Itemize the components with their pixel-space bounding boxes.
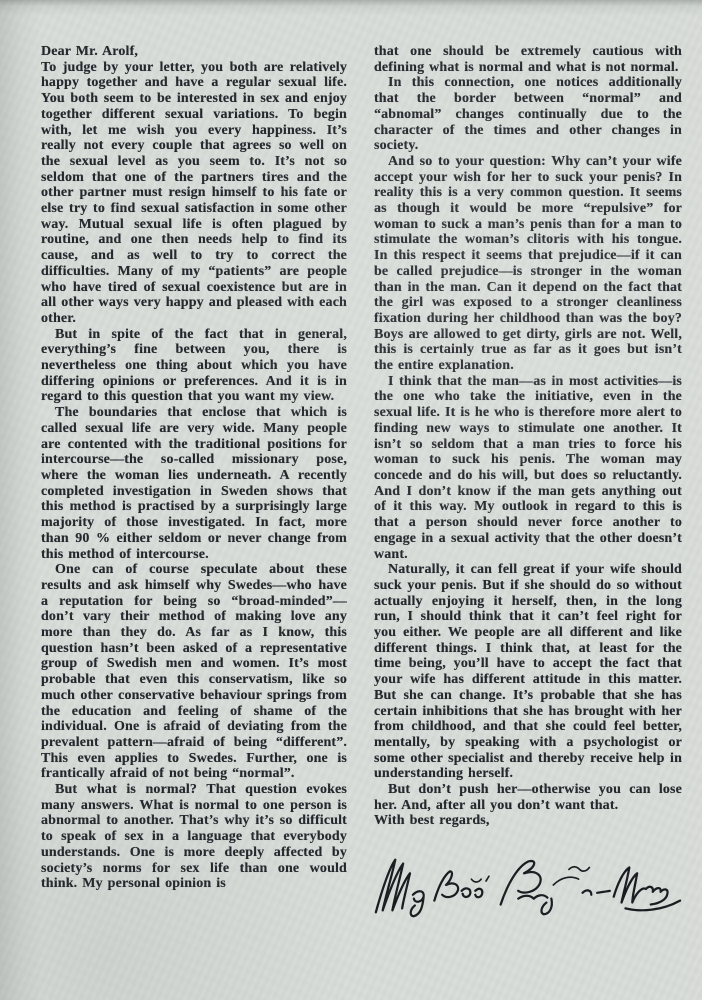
paragraph: The boundaries that enclose that which i… xyxy=(41,405,347,562)
paragraph: And so to your question: Why can’t your … xyxy=(374,154,682,374)
paragraph: One can of course speculate about these … xyxy=(41,562,347,782)
handwritten-signature-icon xyxy=(374,851,682,919)
left-column-paragraphs: To judge by your letter, you both are re… xyxy=(41,60,347,892)
signature xyxy=(374,851,682,919)
salutation: Dear Mr. Arolf, xyxy=(41,44,347,60)
left-column: Dear Mr. Arolf, To judge by your letter,… xyxy=(41,44,347,998)
right-column-paragraphs: that one should be extremely cautious wi… xyxy=(374,44,682,829)
paragraph: that one should be extremely cautious wi… xyxy=(374,44,682,75)
paragraph: But in spite of the fact that in general… xyxy=(41,327,347,406)
paragraph: To judge by your letter, you both are re… xyxy=(41,60,347,327)
paragraph: But don’t push her—otherwise you can los… xyxy=(374,782,682,813)
scanned-letter-page: Dear Mr. Arolf, To judge by your letter,… xyxy=(0,0,702,1000)
right-column: that one should be extremely cautious wi… xyxy=(374,44,682,998)
paragraph: But what is normal? That question evokes… xyxy=(41,782,347,892)
paragraph: In this connection, one notices addition… xyxy=(374,75,682,154)
paragraph: I think that the man—as in most activiti… xyxy=(374,374,682,562)
paragraph: Naturally, it can fell great if your wif… xyxy=(374,562,682,782)
paragraph: With best regards, xyxy=(374,813,682,829)
